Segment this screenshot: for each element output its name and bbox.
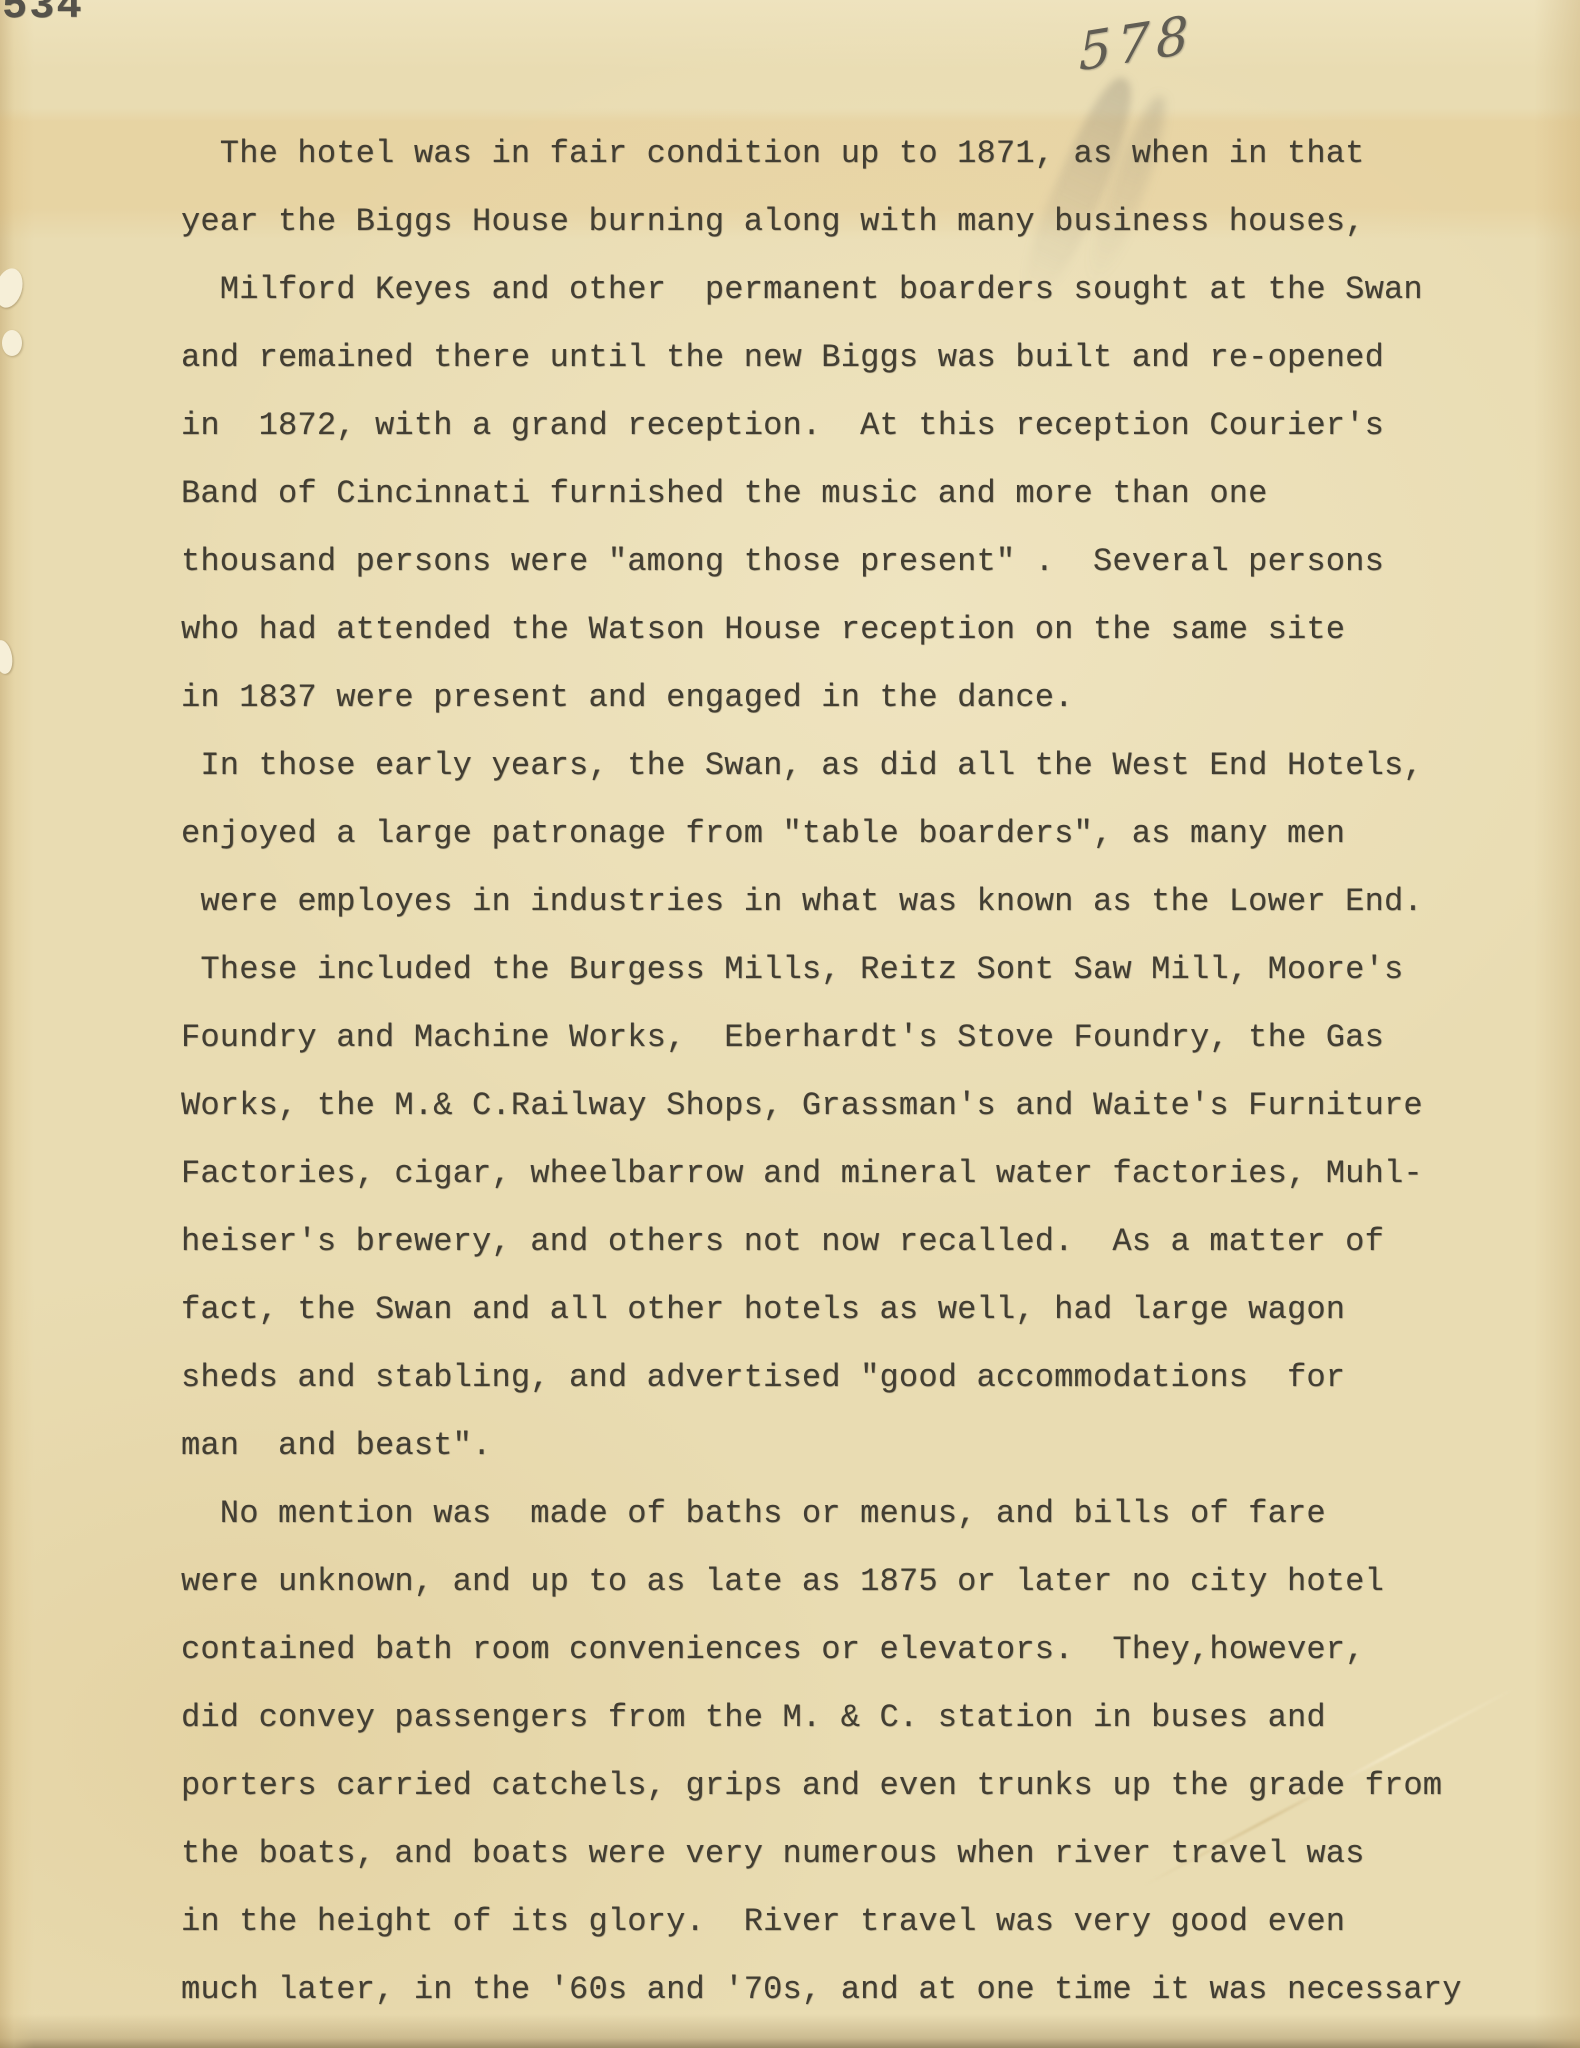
text-line: were unknown, and up to as late as 1875 … <box>181 1548 1580 1616</box>
scanned-typescript-page: 534 578 The hotel was in fair condition … <box>0 0 1580 2048</box>
text-line: Band of Cincinnati furnished the music a… <box>181 460 1580 528</box>
text-line: No mention was made of baths or menus, a… <box>181 1480 1580 1548</box>
text-line: much later, in the '60s and '70s, and at… <box>181 1956 1580 2024</box>
text-line: The hotel was in fair condition up to 18… <box>181 120 1580 188</box>
text-line: did convey passengers from the M. & C. s… <box>181 1684 1580 1752</box>
text-line: were employes in industries in what was … <box>181 868 1580 936</box>
text-line: sheds and stabling, and advertised "good… <box>181 1344 1580 1412</box>
text-line: year the Biggs House burning along with … <box>181 188 1580 256</box>
text-line: These included the Burgess Mills, Reitz … <box>181 936 1580 1004</box>
text-line: who had attended the Watson House recept… <box>181 596 1580 664</box>
text-line: thousand persons were "among those prese… <box>181 528 1580 596</box>
text-line: porters carried catchels, grips and even… <box>181 1752 1580 1820</box>
text-line: In those early years, the Swan, as did a… <box>181 732 1580 800</box>
text-line: Factories, cigar, wheelbarrow and minera… <box>181 1140 1580 1208</box>
typewritten-text: The hotel was in fair condition up to 18… <box>0 120 1580 2024</box>
text-line: the boats, and boats were very numerous … <box>181 1820 1580 1888</box>
handwritten-page-number: 578 <box>1078 5 1195 84</box>
text-line: man and beast". <box>181 1412 1580 1480</box>
text-line: enjoyed a large patronage from "table bo… <box>181 800 1580 868</box>
text-line: Works, the M.& C.Railway Shops, Grassman… <box>181 1072 1580 1140</box>
text-line: in the height of its glory. River travel… <box>181 1888 1580 1956</box>
text-line: contained bath room conveniences or elev… <box>181 1616 1580 1684</box>
text-line: fact, the Swan and all other hotels as w… <box>181 1276 1580 1344</box>
text-line: Foundry and Machine Works, Eberhardt's S… <box>181 1004 1580 1072</box>
corner-page-number-fragment: 534 <box>2 0 84 30</box>
text-line: in 1837 were present and engaged in the … <box>181 664 1580 732</box>
text-line: and remained there until the new Biggs w… <box>181 324 1580 392</box>
text-line: in 1872, with a grand reception. At this… <box>181 392 1580 460</box>
text-line: Milford Keyes and other permanent boarde… <box>181 256 1580 324</box>
text-line: heiser's brewery, and others not now rec… <box>181 1208 1580 1276</box>
